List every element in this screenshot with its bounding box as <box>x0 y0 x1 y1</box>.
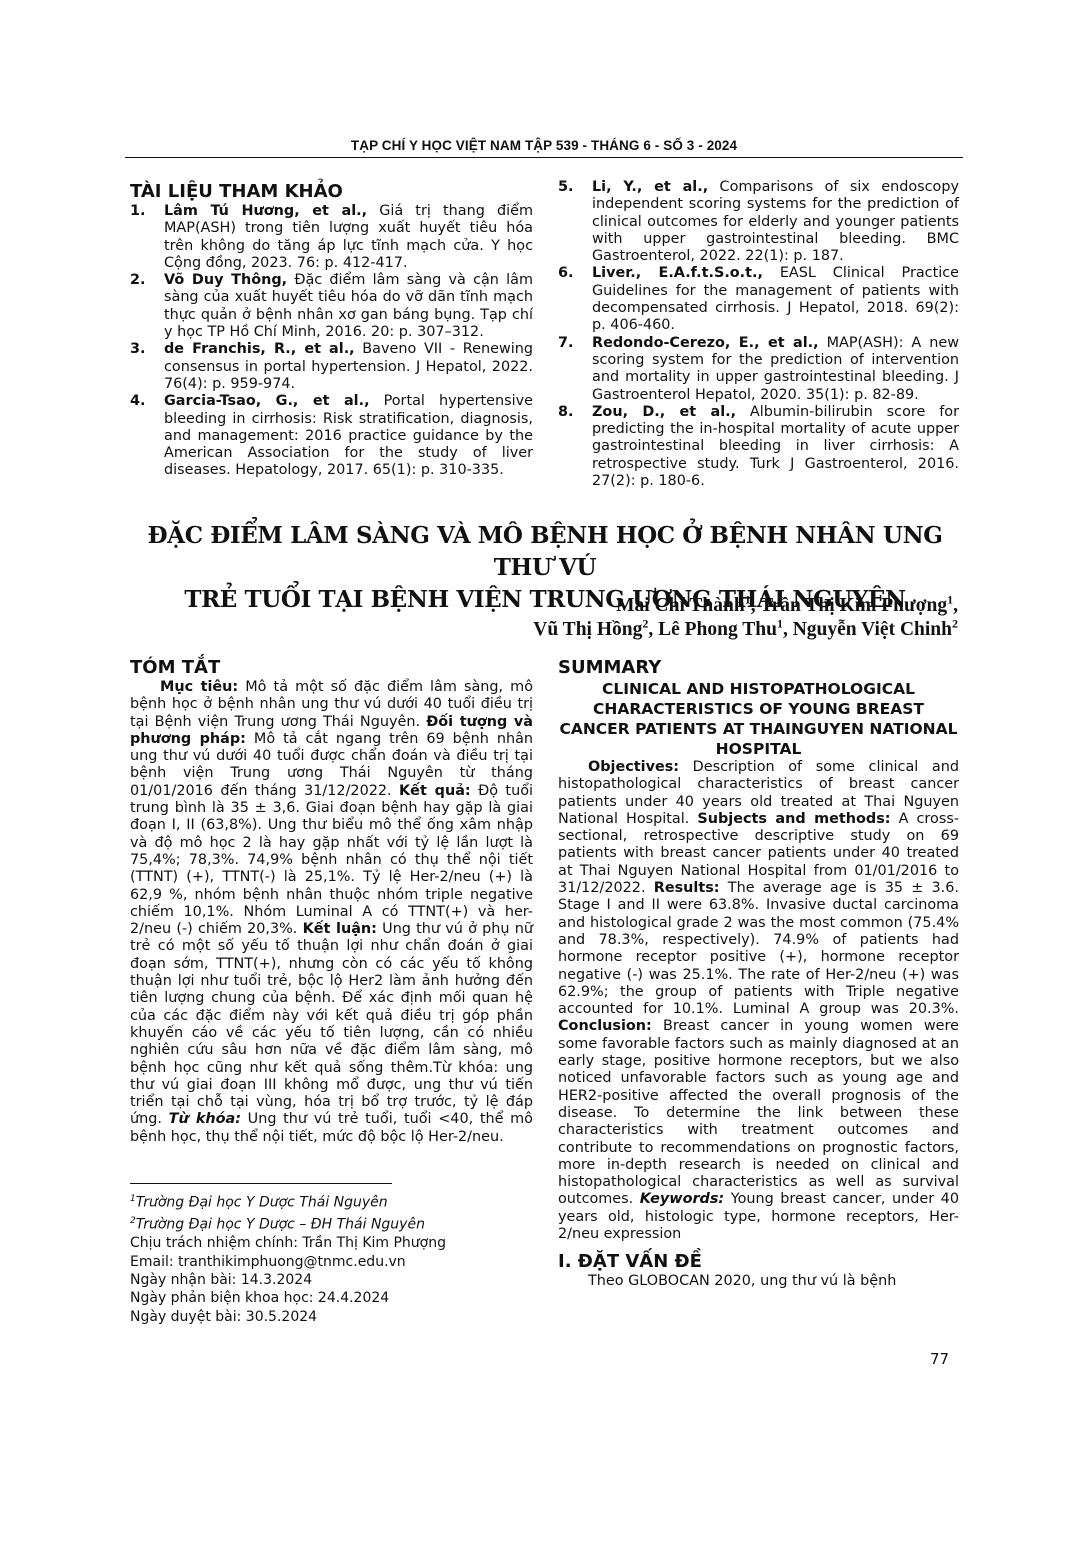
author-name: Trần Thị Kim Phượng <box>760 595 947 616</box>
reference-item: 5.Li, Y., et al., Comparisons of six end… <box>558 179 959 265</box>
reference-number: 3. <box>130 341 145 358</box>
reference-list-continued: 5.Li, Y., et al., Comparisons of six end… <box>558 179 959 490</box>
reference-item: 6.Liver., E.A.f.t.S.o.t., EASL Clinical … <box>558 265 959 334</box>
reference-authors: Zou, D., et al., <box>592 404 736 420</box>
affiliation-1: 1Trường Đại học Y Dược Thái Nguyên <box>130 1190 550 1212</box>
summary-title: CLINICAL AND HISTOPATHOLOGICAL CHARACTER… <box>558 679 959 759</box>
reference-item: 1.Lâm Tú Hương, et al., Giá trị thang đi… <box>130 203 533 272</box>
introduction-heading: I. ĐẶT VẤN ĐỀ <box>558 1251 959 1273</box>
reference-item: 8.Zou, D., et al., Albumin-bilirubin sco… <box>558 404 959 490</box>
affiliation-text: Trường Đại học Y Dược Thái Nguyên <box>136 1195 388 1211</box>
reference-authors: Redondo-Cerezo, E., et al., <box>592 335 819 351</box>
results-label: Results: <box>654 880 720 896</box>
summary-paragraph: Objectives: Description of some clinical… <box>558 759 959 1243</box>
footnotes: 1Trường Đại học Y Dược Thái Nguyên 2Trườ… <box>130 1190 550 1326</box>
author-name: Vũ Thị Hồng <box>533 619 642 640</box>
journal-page: TẠP CHÍ Y HỌC VIỆT NAM TẬP 539 - THÁNG 6… <box>0 0 1090 1541</box>
summary-heading: SUMMARY <box>558 657 959 679</box>
summary-english: SUMMARY CLINICAL AND HISTOPATHOLOGICAL C… <box>558 657 959 1291</box>
affiliation-2: 2Trường Đại học Y Dược – ĐH Thái Nguyên <box>130 1212 550 1234</box>
reference-item: 3.de Franchis, R., et al., Baveno VII - … <box>130 341 533 393</box>
reference-authors: Garcia-Tsao, G., et al., <box>164 393 370 409</box>
author-separator: , <box>751 595 760 616</box>
conclusion-text: Ung thư vú ở phụ nữ trẻ có một số yếu tố… <box>130 921 533 1127</box>
objective-label: Mục tiêu: <box>160 679 238 695</box>
article-title-line-1: ĐẶC ĐIỂM LÂM SÀNG VÀ MÔ BỆNH HỌC Ở BỆNH … <box>120 520 970 584</box>
running-header: TẠP CHÍ Y HỌC VIỆT NAM TẬP 539 - THÁNG 6… <box>125 138 963 153</box>
conclusion-text: Breast cancer in young women were some f… <box>558 1018 959 1207</box>
footnote-rule <box>130 1183 392 1184</box>
affiliation-text: Trường Đại học Y Dược – ĐH Thái Nguyên <box>136 1217 425 1233</box>
reference-authors: Li, Y., et al., <box>592 179 708 195</box>
author-line-2: Vũ Thị Hồng2, Lê Phong Thu1, Nguyễn Việt… <box>400 618 958 642</box>
reference-number: 7. <box>558 335 573 352</box>
author-affiliation-mark: 2 <box>952 617 958 631</box>
author-list: Mai Chí Thành1, Trần Thị Kim Phượng1, Vũ… <box>400 594 958 642</box>
results-label: Kết quả: <box>399 783 471 799</box>
author-separator: , <box>648 619 658 640</box>
objectives-label: Objectives: <box>588 759 679 775</box>
author-name: Lê Phong Thu <box>658 619 777 640</box>
author-name: Nguyễn Việt Chinh <box>793 619 952 640</box>
date-reviewed: Ngày phản biện khoa học: 24.4.2024 <box>130 1289 550 1307</box>
references-left-column: TÀI LIỆU THAM KHẢO 1.Lâm Tú Hương, et al… <box>130 181 533 480</box>
date-accepted: Ngày duyệt bài: 30.5.2024 <box>130 1308 550 1326</box>
responsible-author: Chịu trách nhiệm chính: Trần Thị Kim Phư… <box>130 1234 550 1252</box>
reference-number: 6. <box>558 265 573 282</box>
conclusion-label: Kết luận: <box>303 921 377 937</box>
keywords-label: Từ khóa: <box>169 1111 241 1127</box>
reference-item: 4.Garcia-Tsao, G., et al., Portal hypert… <box>130 393 533 479</box>
introduction-first-line: Theo GLOBOCAN 2020, ung thư vú là bệnh <box>558 1273 959 1290</box>
results-text: The average age is 35 ± 3.6. Stage I and… <box>558 880 959 1017</box>
references-heading: TÀI LIỆU THAM KHẢO <box>130 181 533 203</box>
reference-authors: Võ Duy Thông, <box>164 272 287 288</box>
reference-list: 1.Lâm Tú Hương, et al., Giá trị thang đi… <box>130 203 533 480</box>
reference-item: 7.Redondo-Cerezo, E., et al., MAP(ASH): … <box>558 335 959 404</box>
reference-authors: de Franchis, R., et al., <box>164 341 355 357</box>
header-rule <box>125 157 963 158</box>
abstract-paragraph: Mục tiêu: Mô tả một số đặc điểm lâm sàng… <box>130 679 533 1146</box>
keywords-label: Keywords: <box>640 1191 724 1207</box>
author-name: Mai Chí Thành <box>616 595 745 616</box>
reference-authors: Liver., E.A.f.t.S.o.t., <box>592 265 763 281</box>
author-separator: , <box>783 619 793 640</box>
reference-number: 1. <box>130 203 145 220</box>
abstract-vietnamese: TÓM TẮT Mục tiêu: Mô tả một số đặc điểm … <box>130 657 533 1146</box>
reference-number: 4. <box>130 393 145 410</box>
conclusion-label: Conclusion: <box>558 1018 652 1034</box>
reference-number: 8. <box>558 404 573 421</box>
page-number: 77 <box>930 1350 949 1368</box>
references-right-column: 5.Li, Y., et al., Comparisons of six end… <box>558 179 959 490</box>
author-line-1: Mai Chí Thành1, Trần Thị Kim Phượng1, <box>400 594 958 618</box>
reference-item: 2.Võ Duy Thông, Đặc điểm lâm sàng và cận… <box>130 272 533 341</box>
methods-label: Subjects and methods: <box>697 811 890 827</box>
author-separator: , <box>953 595 958 616</box>
results-text: Độ tuổi trung bình là 35 ± 3,6. Giai đoạ… <box>130 783 533 937</box>
abstract-heading: TÓM TẮT <box>130 657 533 679</box>
reference-number: 5. <box>558 179 573 196</box>
reference-authors: Lâm Tú Hương, et al., <box>164 203 367 219</box>
date-received: Ngày nhận bài: 14.3.2024 <box>130 1271 550 1289</box>
contact-email: Email: tranthikimphuong@tnmc.edu.vn <box>130 1253 550 1271</box>
reference-number: 2. <box>130 272 145 289</box>
